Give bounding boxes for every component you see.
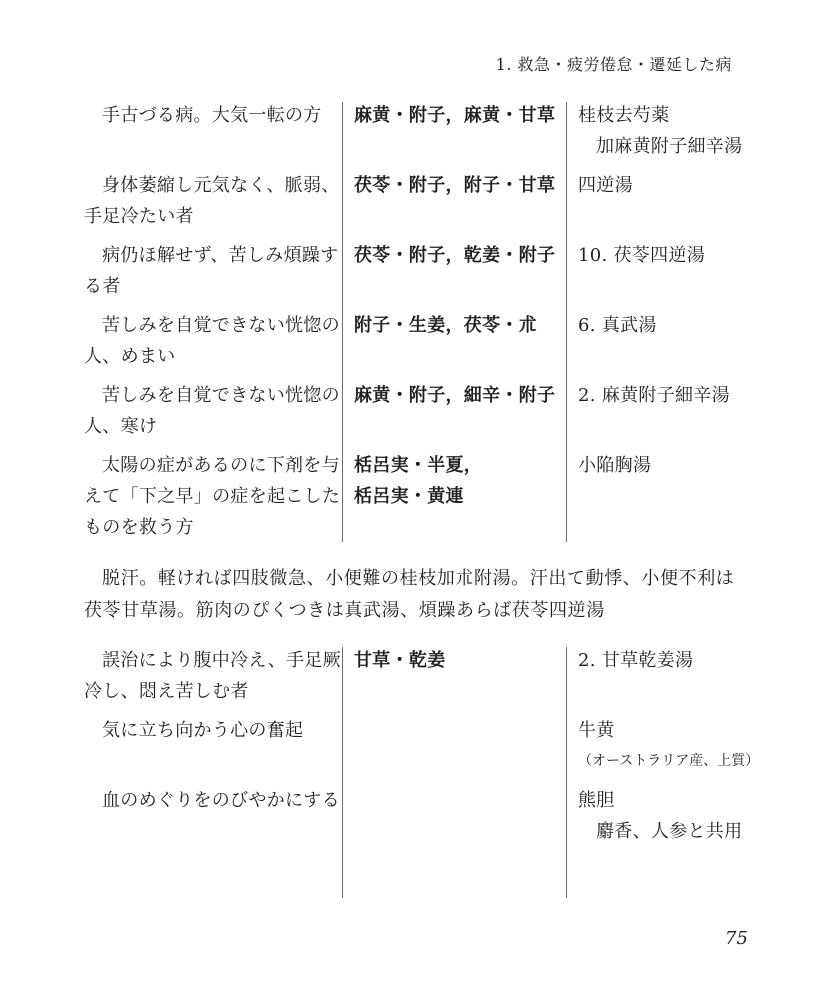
symptom-cell: 苦しみを自覚できない恍惚の人、めまい (84, 310, 342, 380)
herbs-cell: 附子・生姜，茯苓・朮 (342, 310, 566, 380)
body-paragraph: 脱汗。軽ければ四肢微急、小便難の桂枝加朮附湯。汗出て動悸、小便不利は茯苓甘草湯。… (84, 563, 750, 627)
formula-cell: 10. 茯苓四逆湯 (566, 240, 754, 310)
page-number: 75 (725, 928, 748, 949)
herbs-cell (342, 785, 566, 885)
running-head: 1. 救急・疲労倦怠・遷延した病 (480, 52, 732, 75)
symptom-cell: 気に立ち向かう心の奮起 (84, 715, 342, 785)
table-row: 誤治により腹中冷え、手足厥冷し、悶え苦しむ者 甘草・乾姜 2. 甘草乾姜湯 (84, 645, 754, 715)
table-row: 手古づる病。大気一転の方 麻黄・附子，麻黄・甘草 桂枝去芍薬 加麻黄附子細辛湯 (84, 100, 754, 170)
formula-name: 四逆湯 (578, 170, 754, 201)
formula-name: 2. 麻黄附子細辛湯 (578, 380, 754, 411)
formula-cell: 6. 真武湯 (566, 310, 754, 380)
symptom-cell: 手古づる病。大気一転の方 (84, 100, 342, 170)
herbs-cell: 栝呂実・半夏， 栝呂実・黄連 (342, 450, 566, 544)
table-row: 太陽の症があるのに下剤を与えて「下之早」の症を起こしたものを救う方 栝呂実・半夏… (84, 450, 754, 544)
lower-table: 誤治により腹中冷え、手足厥冷し、悶え苦しむ者 甘草・乾姜 2. 甘草乾姜湯 気に… (84, 645, 754, 885)
table-row: 苦しみを自覚できない恍惚の人、寒け 麻黄・附子，細辛・附子 2. 麻黄附子細辛湯 (84, 380, 754, 450)
herb-pair: 甘草・乾姜 (354, 645, 566, 676)
herbs-cell: 茯苓・附子，附子・甘草 (342, 170, 566, 240)
formula-cell: 小陥胸湯 (566, 450, 754, 544)
formula-note: 麝香、人参と共用 (578, 816, 754, 847)
formula-cell: 四逆湯 (566, 170, 754, 240)
formula-name: 10. 茯苓四逆湯 (578, 240, 754, 271)
formula-cell: 牛黄 （オーストラリア産、上質） (566, 715, 754, 785)
formula-name-cont: 加麻黄附子細辛湯 (578, 131, 754, 162)
herb-pair: 茯苓・附子，乾姜・附子 (354, 240, 566, 271)
herbs-cell: 麻黄・附子，細辛・附子 (342, 380, 566, 450)
formula-name: 2. 甘草乾姜湯 (578, 645, 754, 676)
upper-table: 手古づる病。大気一転の方 麻黄・附子，麻黄・甘草 桂枝去芍薬 加麻黄附子細辛湯 … (84, 100, 754, 544)
symptom-cell: 苦しみを自覚できない恍惚の人、寒け (84, 380, 342, 450)
symptom-cell: 身体萎縮し元気なく、脈弱、手足冷たい者 (84, 170, 342, 240)
formula-cell: 熊胆 麝香、人参と共用 (566, 785, 754, 885)
herb-pair: 麻黄・附子，麻黄・甘草 (354, 100, 566, 131)
herb-pair: 栝呂実・黄連 (354, 481, 566, 512)
table-row: 血のめぐりをのびやかにする 熊胆 麝香、人参と共用 (84, 785, 754, 885)
formula-cell: 桂枝去芍薬 加麻黄附子細辛湯 (566, 100, 754, 170)
table-row: 気に立ち向かう心の奮起 牛黄 （オーストラリア産、上質） (84, 715, 754, 785)
formula-name: 熊胆 (578, 785, 754, 816)
symptom-cell: 誤治により腹中冷え、手足厥冷し、悶え苦しむ者 (84, 645, 342, 715)
symptom-cell: 太陽の症があるのに下剤を与えて「下之早」の症を起こしたものを救う方 (84, 450, 342, 544)
formula-cell: 2. 麻黄附子細辛湯 (566, 380, 754, 450)
formula-name: 牛黄 (578, 715, 754, 746)
formula-name: 6. 真武湯 (578, 310, 754, 341)
herb-pair: 附子・生姜，茯苓・朮 (354, 310, 566, 341)
symptom-cell: 病仍ほ解せず、苦しみ煩躁する者 (84, 240, 342, 310)
formula-name: 桂枝去芍薬 (578, 100, 754, 131)
herb-pair: 麻黄・附子，細辛・附子 (354, 380, 566, 411)
herb-pair: 栝呂実・半夏， (354, 450, 566, 481)
table-row: 病仍ほ解せず、苦しみ煩躁する者 茯苓・附子，乾姜・附子 10. 茯苓四逆湯 (84, 240, 754, 310)
herbs-cell (342, 715, 566, 785)
herbs-cell: 麻黄・附子，麻黄・甘草 (342, 100, 566, 170)
herbs-cell: 甘草・乾姜 (342, 645, 566, 715)
formula-name: 小陥胸湯 (578, 450, 754, 481)
table-row: 苦しみを自覚できない恍惚の人、めまい 附子・生姜，茯苓・朮 6. 真武湯 (84, 310, 754, 380)
herbs-cell: 茯苓・附子，乾姜・附子 (342, 240, 566, 310)
symptom-cell: 血のめぐりをのびやかにする (84, 785, 342, 885)
herb-pair: 茯苓・附子，附子・甘草 (354, 170, 566, 201)
table-row: 身体萎縮し元気なく、脈弱、手足冷たい者 茯苓・附子，附子・甘草 四逆湯 (84, 170, 754, 240)
formula-cell: 2. 甘草乾姜湯 (566, 645, 754, 715)
formula-note: （オーストラリア産、上質） (578, 746, 754, 777)
